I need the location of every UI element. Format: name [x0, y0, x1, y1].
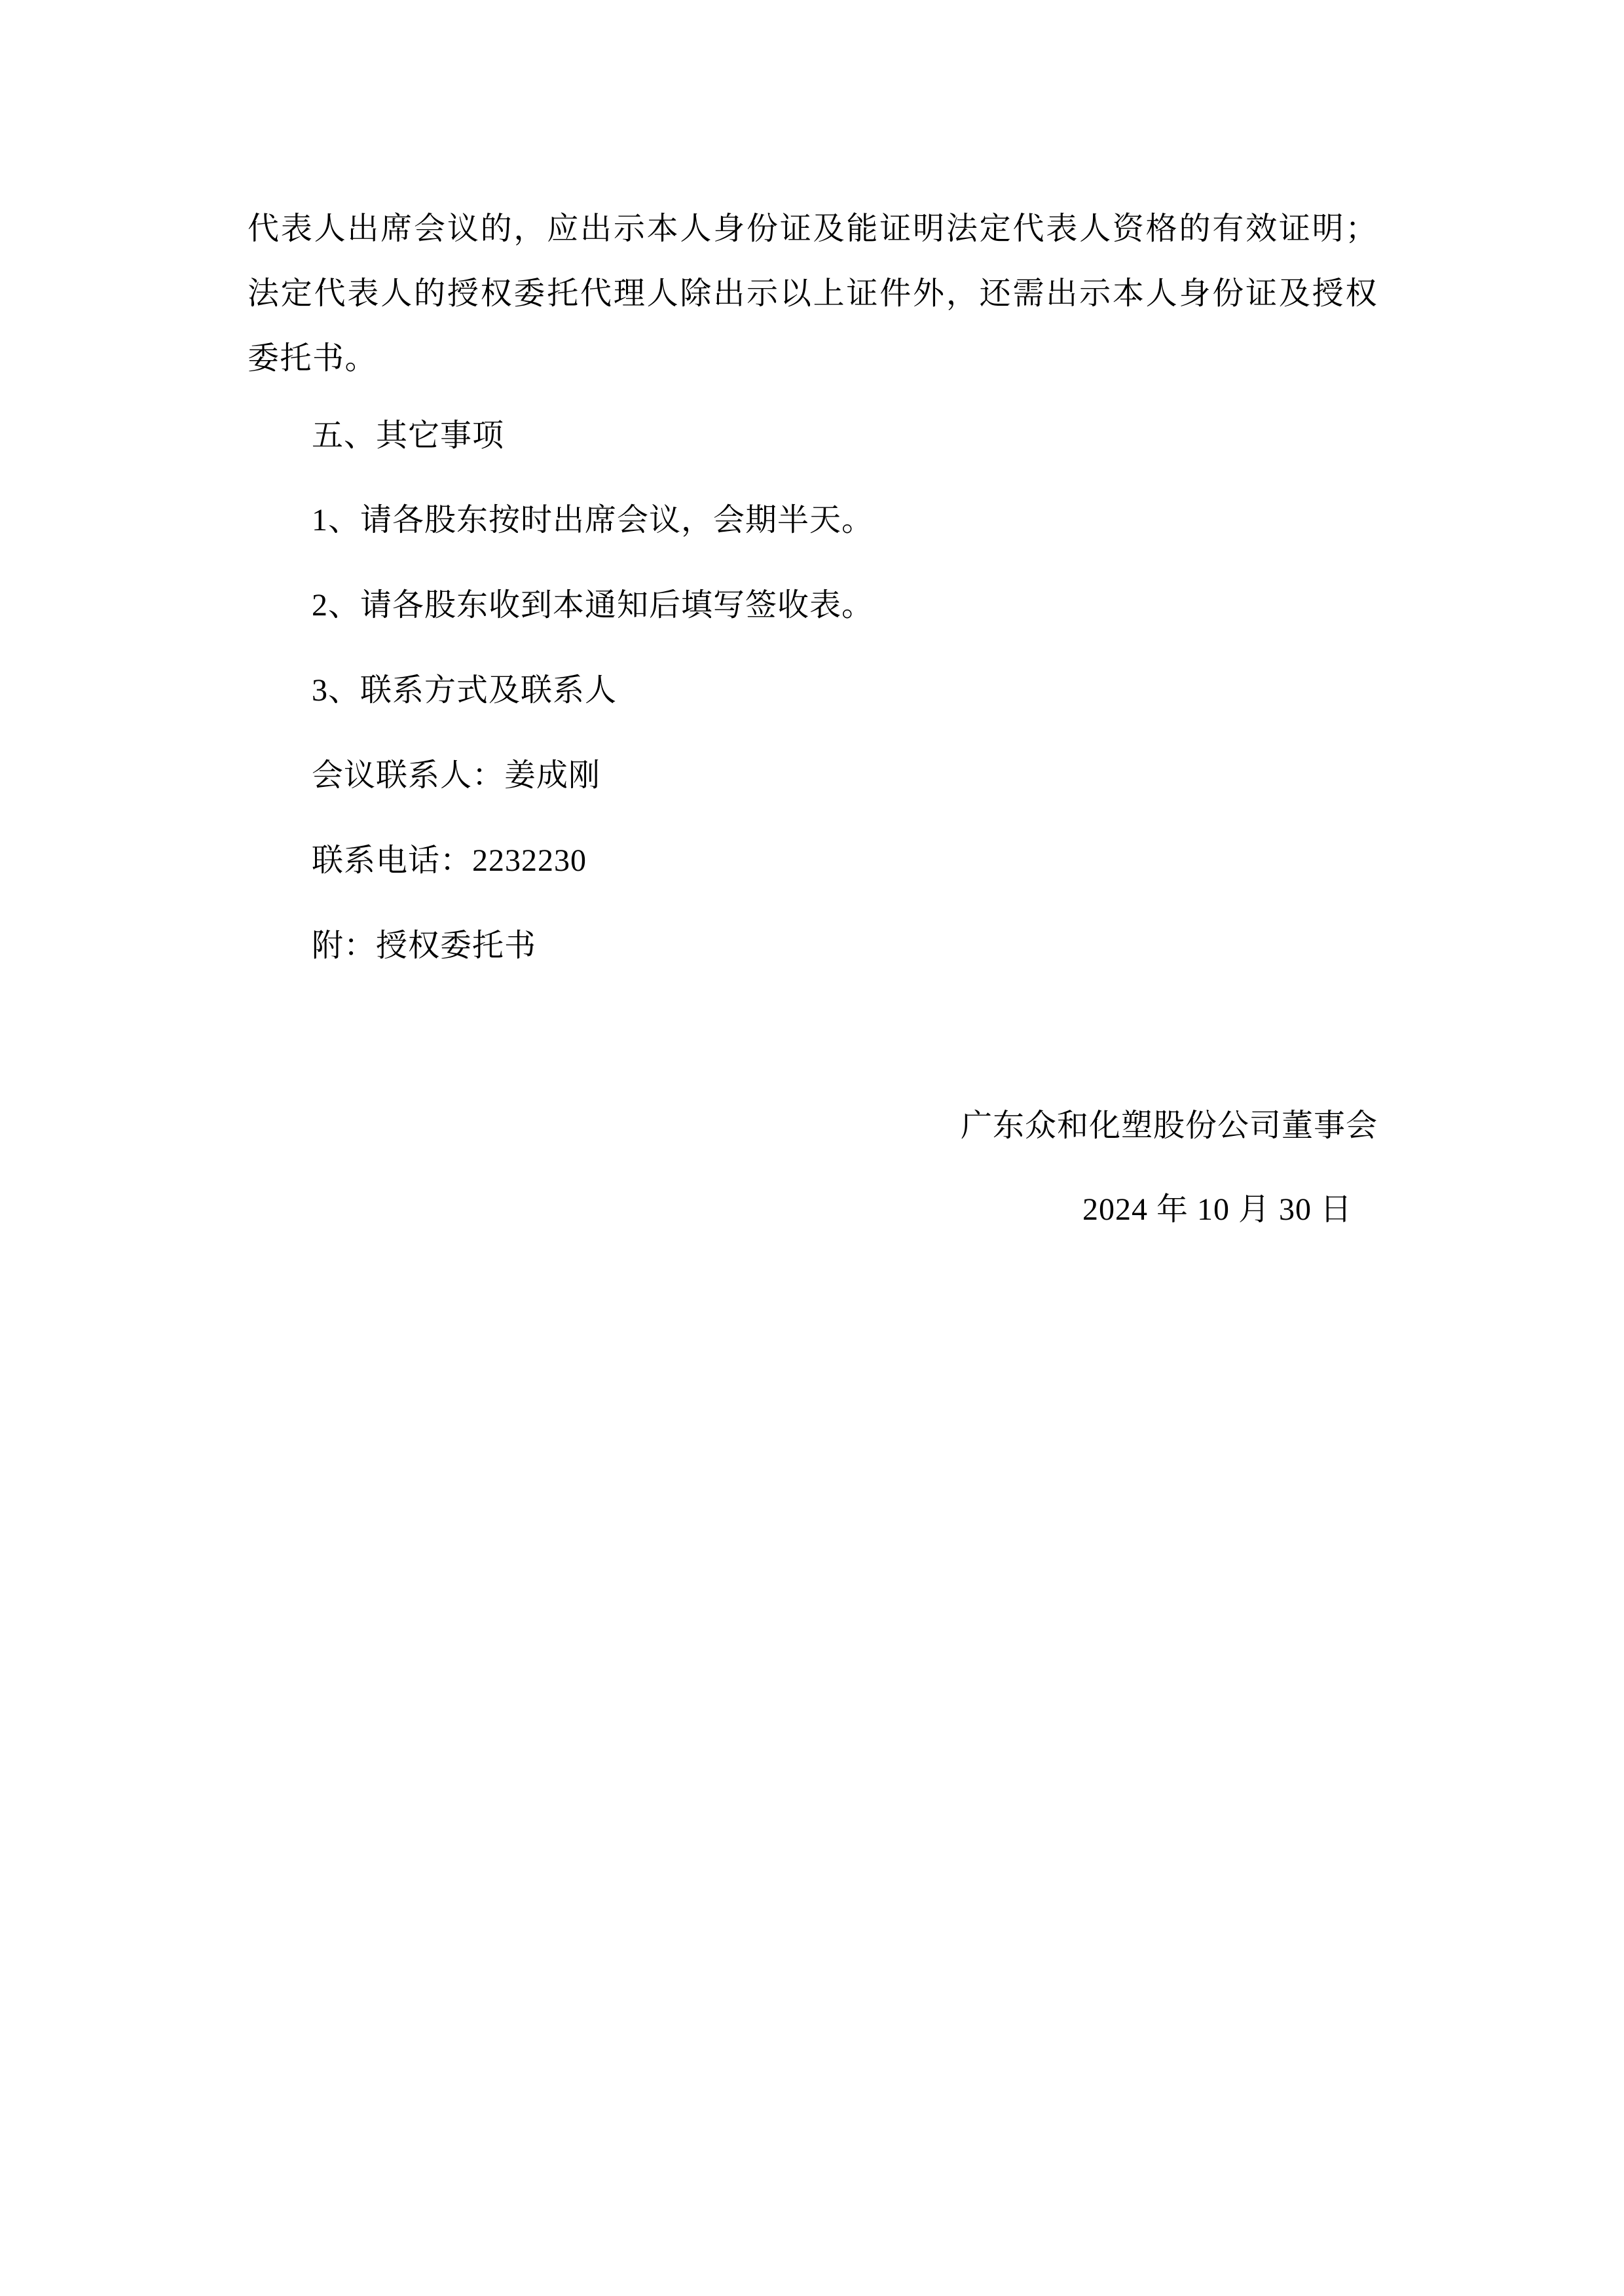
- list-item-1: 1、请各股东按时出席会议，会期半天。: [312, 501, 874, 540]
- list-item-3: 3、联系方式及联系人: [312, 671, 617, 710]
- list-item-2: 2、请各股东收到本通知后填写签收表。: [312, 586, 874, 625]
- signature: 广东众和化塑股份公司董事会: [961, 1106, 1378, 1146]
- attachment-note: 附：授权委托书: [312, 926, 536, 966]
- contact-phone: 联系电话：2232230: [312, 841, 587, 881]
- document-page: 代表人出席会议的，应出示本人身份证及能证明法定代表人资格的有效证明；法定代表人的…: [0, 0, 1624, 2296]
- continued-paragraph: 代表人出席会议的，应出示本人身份证及能证明法定代表人资格的有效证明；法定代表人的…: [248, 196, 1378, 391]
- section-heading: 五、其它事项: [312, 416, 504, 456]
- date: 2024 年 10 月 30 日: [1082, 1190, 1352, 1230]
- contact-person: 会议联系人：姜成刚: [312, 756, 600, 795]
